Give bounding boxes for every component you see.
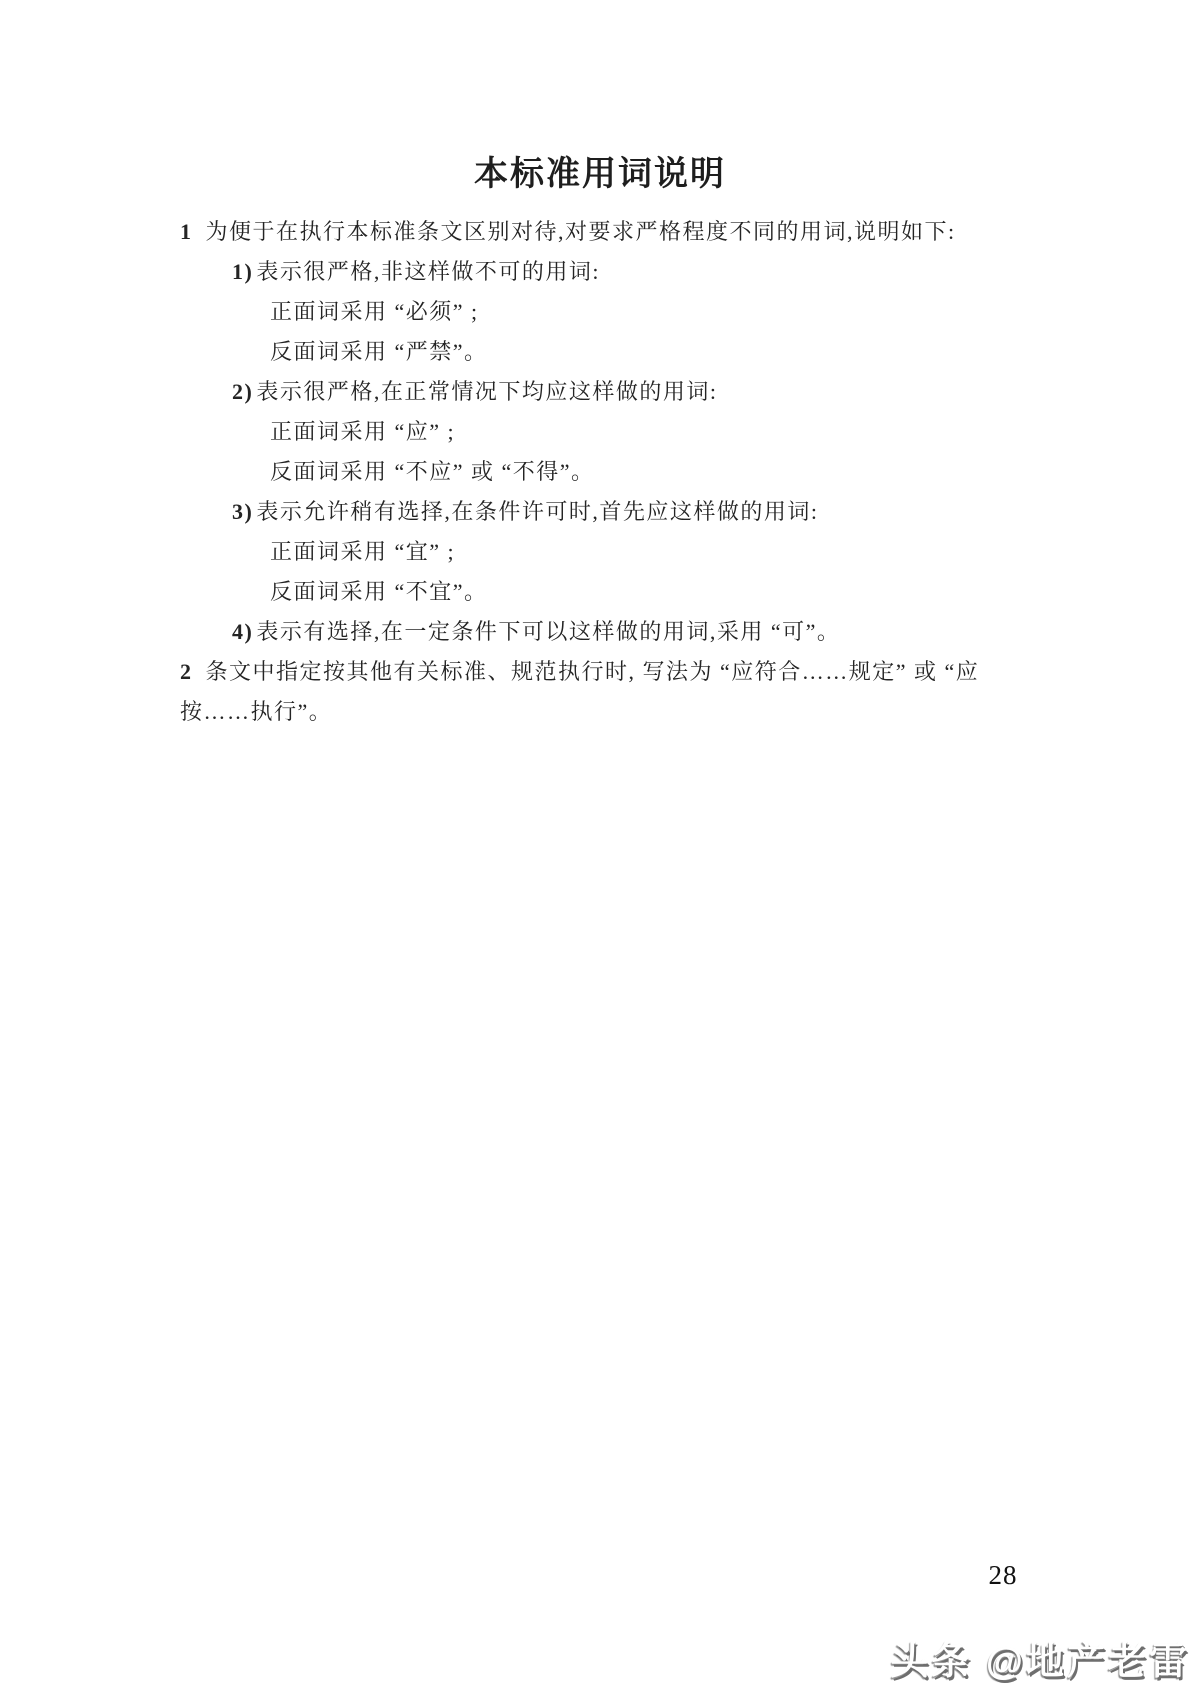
clause-number: 1) — [232, 259, 253, 284]
clause-number: 1 — [180, 219, 193, 244]
document-body: 1为便于在执行本标准条文区别对待,对要求严格程度不同的用词,说明如下: 1)表示… — [180, 212, 1140, 732]
watermark: 头条 @地产老雷 — [890, 1630, 1190, 1685]
clause-line: 按……执行”。 — [180, 692, 1140, 732]
clause-line: 2条文中指定按其他有关标准、规范执行时, 写法为 “应符合……规定” 或 “应 — [180, 652, 1140, 692]
page-number: 28 — [958, 1560, 1048, 1591]
clause-text: 正面词采用 “宜” ; — [270, 539, 455, 564]
clause-line: 正面词采用 “应” ; — [180, 412, 1140, 452]
document-page: 本标准用词说明 1为便于在执行本标准条文区别对待,对要求严格程度不同的用词,说明… — [0, 0, 1200, 1697]
clause-line: 3)表示允许稍有选择,在条件许可时,首先应这样做的用词: — [180, 492, 1140, 532]
clause-text: 条文中指定按其他有关标准、规范执行时, 写法为 “应符合……规定” 或 “应 — [206, 659, 980, 684]
clause-line: 反面词采用 “严禁”。 — [180, 332, 1140, 372]
clause-line: 反面词采用 “不宜”。 — [180, 572, 1140, 612]
clause-line: 正面词采用 “必须” ; — [180, 292, 1140, 332]
clause-number: 2) — [232, 379, 253, 404]
clause-line: 1为便于在执行本标准条文区别对待,对要求严格程度不同的用词,说明如下: — [180, 212, 1140, 252]
clause-line: 反面词采用 “不应” 或 “不得”。 — [180, 452, 1140, 492]
clause-text: 反面词采用 “严禁”。 — [270, 339, 488, 364]
clause-text: 表示有选择,在一定条件下可以这样做的用词,采用 “可”。 — [256, 619, 840, 644]
clause-number: 2 — [180, 659, 193, 684]
clause-text: 正面词采用 “应” ; — [270, 419, 455, 444]
clause-text: 表示很严格,在正常情况下均应这样做的用词: — [256, 379, 717, 404]
clause-number: 3) — [232, 499, 253, 524]
document-title: 本标准用词说明 — [0, 146, 1200, 195]
clause-text: 表示允许稍有选择,在条件许可时,首先应这样做的用词: — [256, 499, 818, 524]
clause-line: 正面词采用 “宜” ; — [180, 532, 1140, 572]
clause-text: 表示很严格,非这样做不可的用词: — [256, 259, 600, 284]
clause-text: 反面词采用 “不宜”。 — [270, 579, 488, 604]
clause-line: 1)表示很严格,非这样做不可的用词: — [180, 252, 1140, 292]
clause-line: 4)表示有选择,在一定条件下可以这样做的用词,采用 “可”。 — [180, 612, 1140, 652]
clause-text: 正面词采用 “必须” ; — [270, 299, 479, 324]
clause-text: 反面词采用 “不应” 或 “不得”。 — [270, 459, 595, 484]
clause-text: 按……执行”。 — [180, 699, 332, 724]
clause-number: 4) — [232, 619, 253, 644]
clause-line: 2)表示很严格,在正常情况下均应这样做的用词: — [180, 372, 1140, 412]
clause-text: 为便于在执行本标准条文区别对待,对要求严格程度不同的用词,说明如下: — [206, 219, 956, 244]
